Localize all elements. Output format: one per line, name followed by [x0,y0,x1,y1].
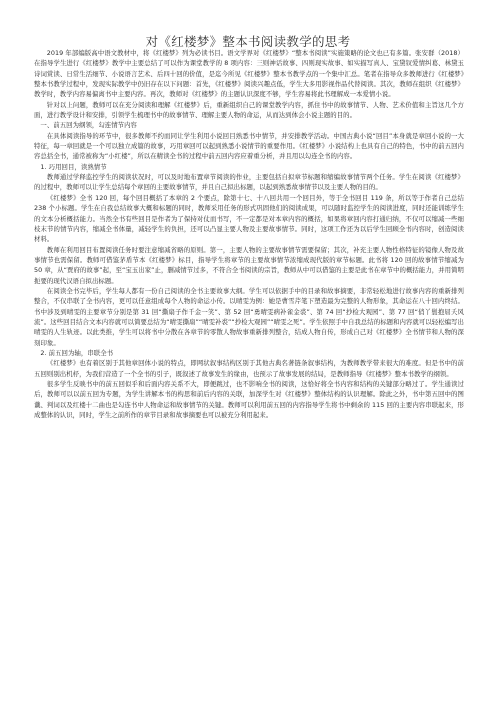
paragraph: 教师通过学释监控学生的阅读状况时，可以及时地布置章节阅读的作业，主要包括自拟章节… [34,172,464,193]
section-heading-1: 一、前五回为纲领，勾连情节内容 [34,120,464,130]
paragraph: 在具体阅读指导的环节中，很多教师不约而同让学生利用小说回目熟悉书中情节，并安排教… [34,131,464,162]
subsection-heading-1: 1. 巧用回目，读熟情节 [34,162,464,172]
document-body: 2019 年部编版高中语文教材中，将《红楼梦》列为必读书目。语文学界对《红楼梦》… [34,48,464,420]
document-page: 对《红楼梦》整本书阅读教学的思考 2019 年部编版高中语文教材中，将《红楼梦》… [0,0,496,702]
paragraph: 《红楼梦》也有着区别于其他章回体小说的特点，即网状叙事结构区别于其他古典名著链条… [34,358,464,379]
paragraph: 在阅读全书完毕后，学生每人都有一份自己阅读的全书主要故事大纲。学生可以依据手中的… [34,286,464,348]
subsection-heading-2: 2. 前五回为轴，串联全书 [34,348,464,358]
paragraph: 教师在利用回目布置阅读任务时要注意缩减省略的原则。第一，主要人物的主要故事情节需… [34,245,464,286]
paragraph: 很多学生反映书中的前五回似乎和后面内容关系不大，即便跳过，也不影响全书的阅读，这… [34,379,464,420]
paragraph-intro: 2019 年部编版高中语文教材中，将《红楼梦》列为必读书目。语文学界对《红楼梦》… [34,48,464,100]
paragraph: 《红楼梦》全书 120 回，每个回目概括了本章的 2 个要点，除第十七、十八回共… [34,193,464,245]
paragraph-approach: 针对以上问题，教师可以在充分阅读和理解《红楼梦》后，重新组织自己的课堂教学内容，… [34,100,464,121]
